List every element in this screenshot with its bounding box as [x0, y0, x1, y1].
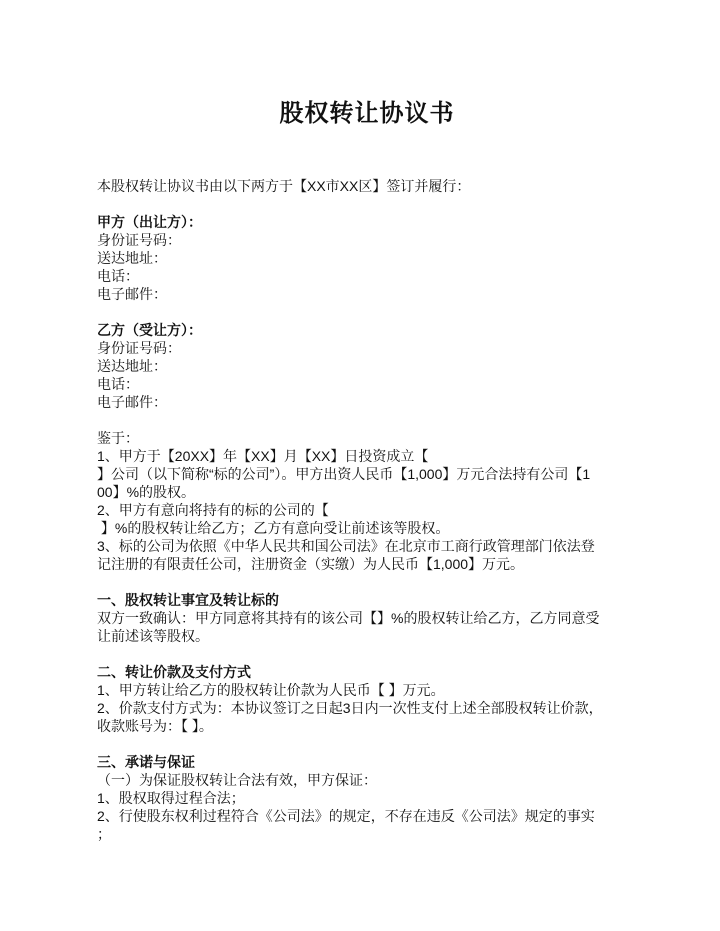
party-b-phone-field: 电话： [97, 375, 637, 393]
document-title: 股权转让协议书 [97, 99, 637, 129]
whereas-item-3: 3、标的公司为依照《中华人民共和国公司法》在北京市工商行政管理部门依法登 记注册… [97, 537, 637, 573]
party-a-block: 甲方（出让方）： 身份证号码： 送达地址： 电话： 电子邮件： [97, 213, 637, 303]
whereas-heading: 鉴于： [97, 429, 637, 447]
whereas-item-1: 1、甲方于【20XX】年【XX】月【XX】日投资成立【 】公司（以下简称“标的公… [97, 447, 637, 501]
document-page: 股权转让协议书 本股权转让协议书由以下两方于【XX市XX区】签订并履行： 甲方（… [0, 0, 720, 931]
party-b-id-field: 身份证号码： [97, 339, 637, 357]
party-a-address-field: 送达地址： [97, 249, 637, 267]
section-3-paragraph-3: 2、行使股东权利过程符合《公司法》的规定，不存在违反《公司法》规定的事实 ； [97, 807, 637, 843]
section-3-heading: 三、承诺与保证 [97, 753, 637, 771]
party-b-email-field: 电子邮件： [97, 393, 637, 411]
party-a-id-field: 身份证号码： [97, 231, 637, 249]
party-a-email-field: 电子邮件： [97, 285, 637, 303]
party-b-heading: 乙方（受让方）： [97, 321, 637, 339]
party-b-address-field: 送达地址： [97, 357, 637, 375]
section-transfer-subject: 一、股权转让事宜及转让标的 双方一致确认：甲方同意将其持有的该公司【】%的股权转… [97, 591, 637, 645]
section-1-paragraph-1: 双方一致确认：甲方同意将其持有的该公司【】%的股权转让给乙方，乙方同意受 让前述… [97, 609, 637, 645]
section-2-heading: 二、转让价款及支付方式 [97, 663, 637, 681]
party-a-phone-field: 电话： [97, 267, 637, 285]
section-3-paragraph-2: 1、股权取得过程合法； [97, 789, 637, 807]
section-2-paragraph-1: 1、甲方转让给乙方的股权转让价款为人民币【 】万元。 [97, 681, 637, 699]
section-2-paragraph-2: 2、价款支付方式为：本协议签订之日起3日内一次性支付上述全部股权转让价款， 收款… [97, 699, 637, 735]
section-warranties: 三、承诺与保证 （一）为保证股权转让合法有效，甲方保证： 1、股权取得过程合法；… [97, 753, 637, 843]
intro-line: 本股权转让协议书由以下两方于【XX市XX区】签订并履行： [97, 177, 637, 195]
section-price-payment: 二、转让价款及支付方式 1、甲方转让给乙方的股权转让价款为人民币【 】万元。 2… [97, 663, 637, 735]
whereas-block: 鉴于： 1、甲方于【20XX】年【XX】月【XX】日投资成立【 】公司（以下简称… [97, 429, 637, 573]
section-3-paragraph-1: （一）为保证股权转让合法有效，甲方保证： [97, 771, 637, 789]
party-a-heading: 甲方（出让方）： [97, 213, 637, 231]
whereas-item-2: 2、甲方有意向将持有的标的公司的【 】%的股权转让给乙方；乙方有意向受让前述该等… [97, 501, 637, 537]
party-b-block: 乙方（受让方）： 身份证号码： 送达地址： 电话： 电子邮件： [97, 321, 637, 411]
section-1-heading: 一、股权转让事宜及转让标的 [97, 591, 637, 609]
document-body: 股权转让协议书 本股权转让协议书由以下两方于【XX市XX区】签订并履行： 甲方（… [97, 0, 637, 843]
